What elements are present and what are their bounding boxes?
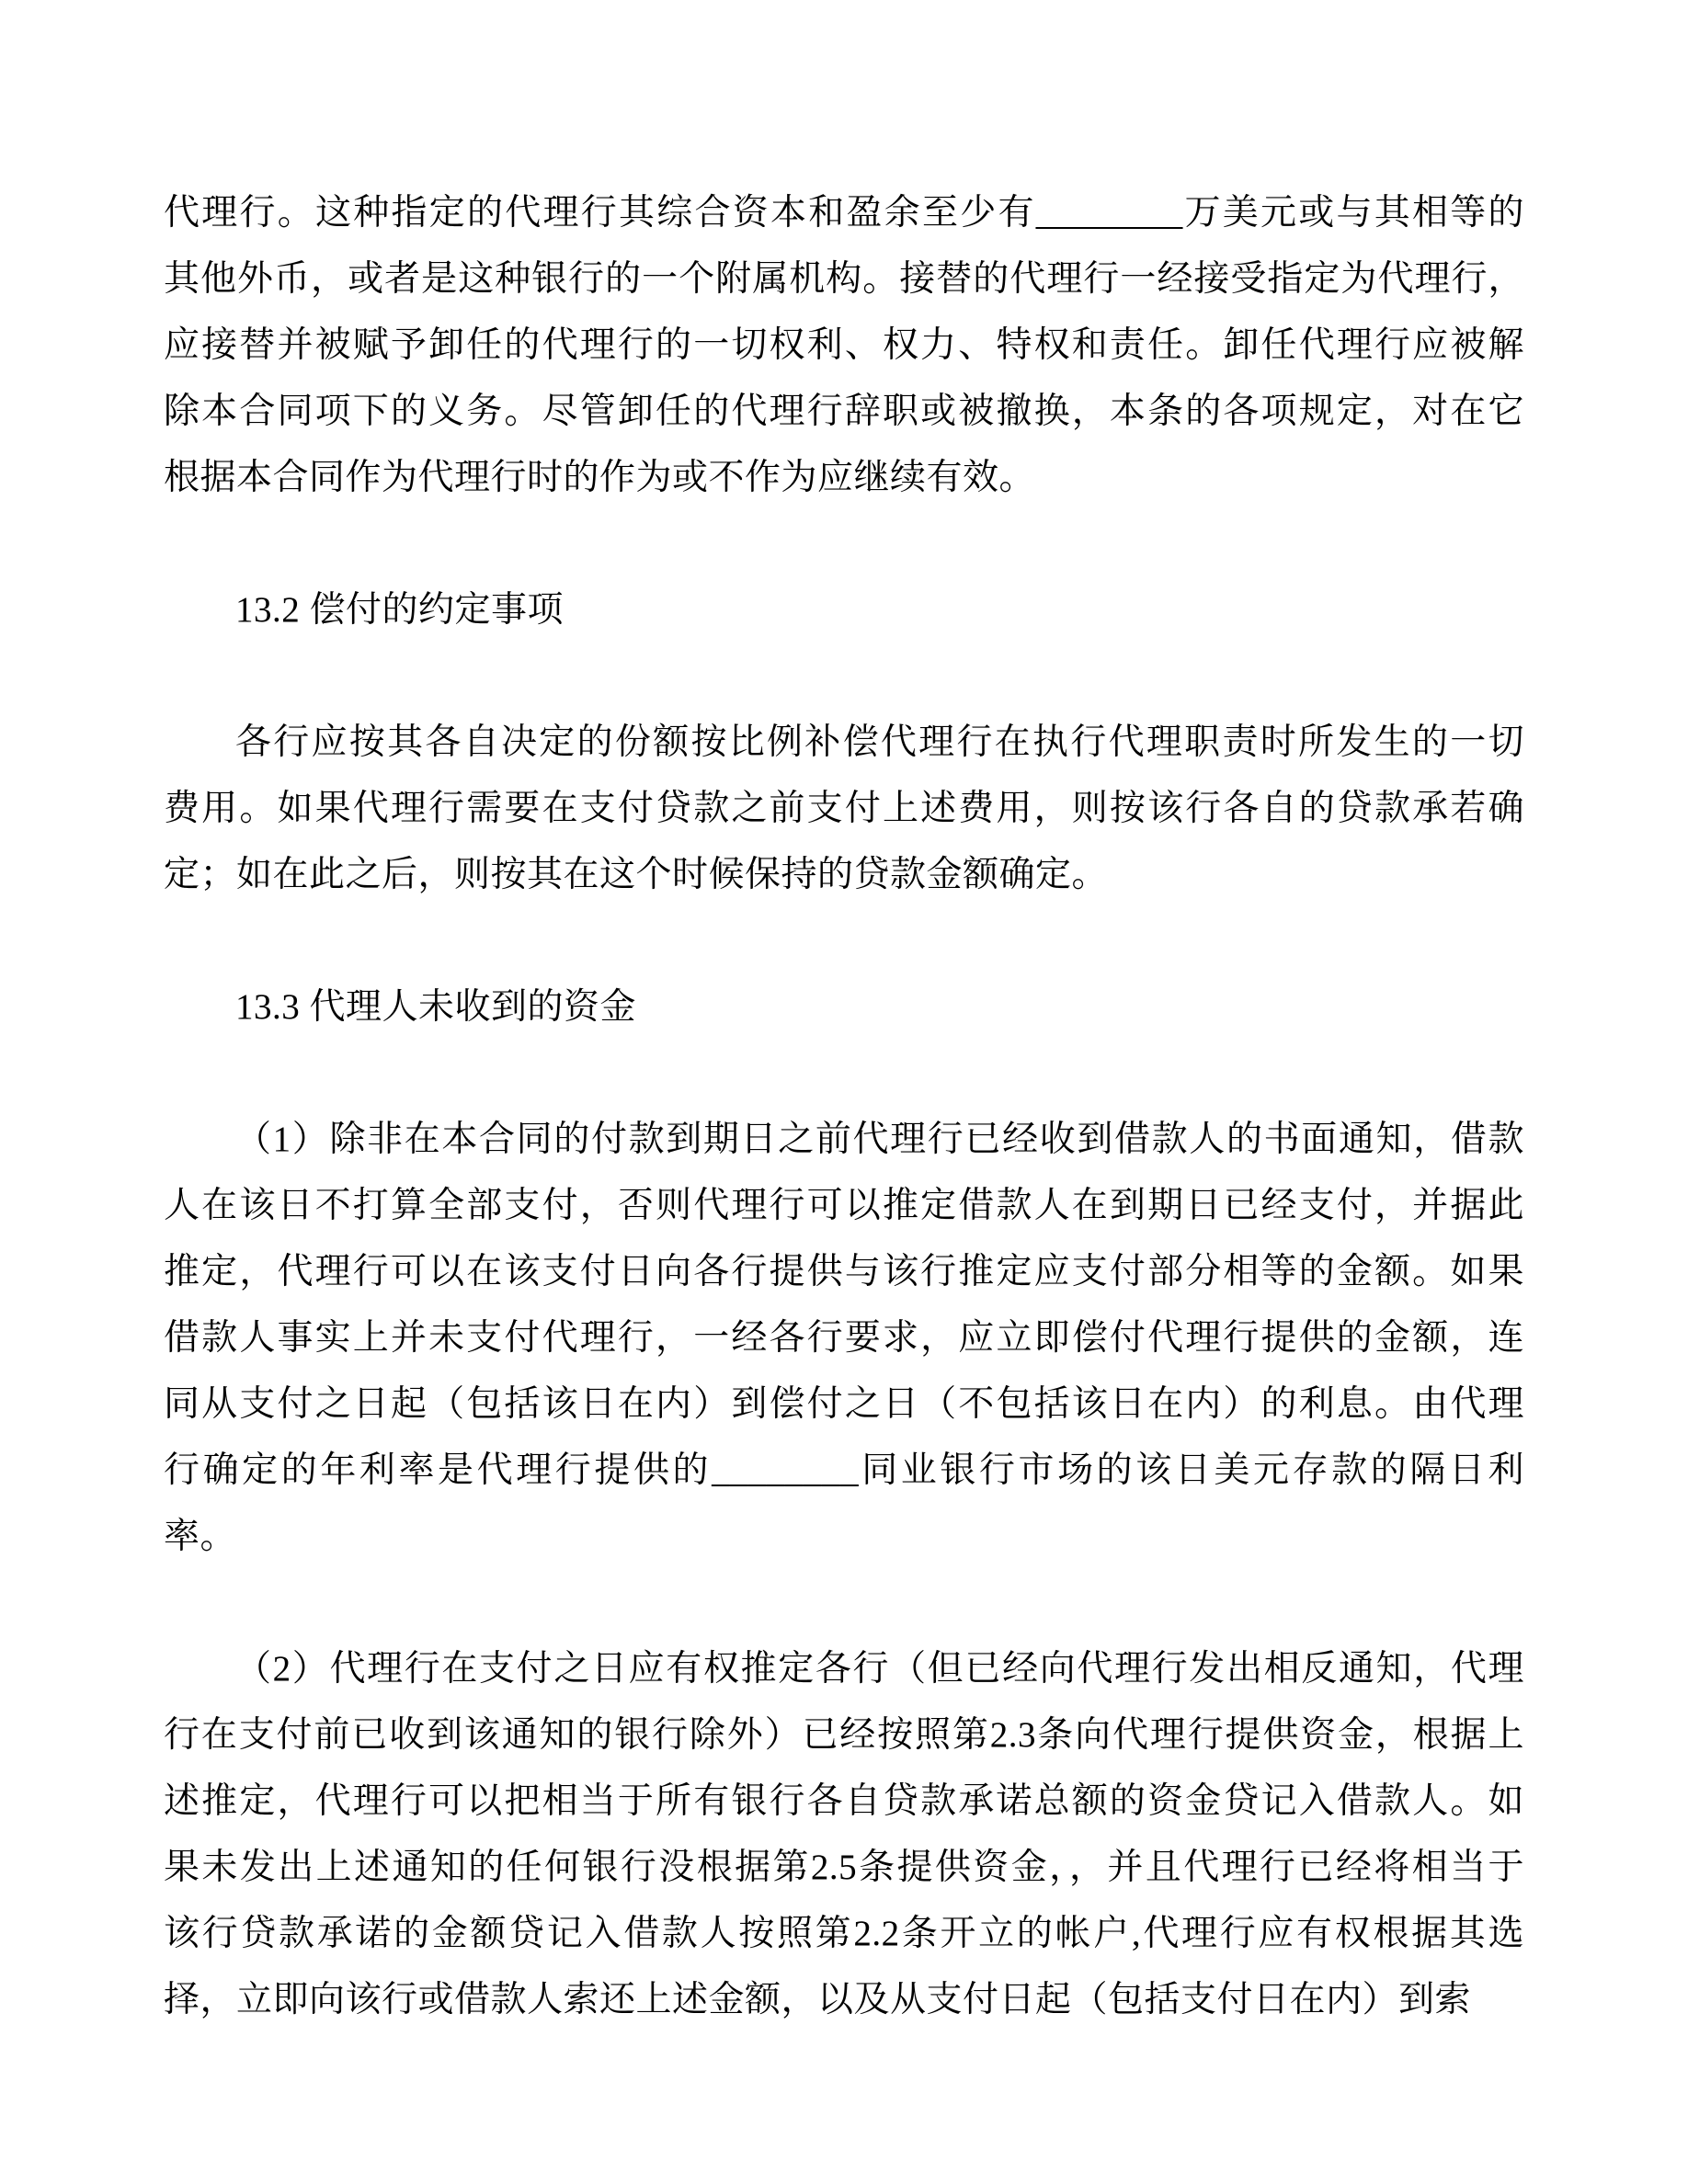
section-13-2: 13.2 偿付的约定事项: [164, 577, 1524, 643]
text-line: 述推定，代理行可以把相当于所有银行各自贷款承诺总额的资金贷记入借款人。如: [164, 1769, 1524, 1835]
document-page: 代理行。这种指定的代理行其综合资本和盈余至少有________万美元或与其相等的…: [0, 0, 1688, 2184]
text-line: 推定，代理行可以在该支付日向各行提供与该行推定应支付部分相等的金额。如果: [164, 1239, 1524, 1305]
text-line: 除本合同项下的义务。尽管卸任的代理行辞职或被撤换，本条的各项规定，对在它: [164, 379, 1524, 445]
text-line: 率。: [164, 1504, 1524, 1570]
text-line: 果未发出上述通知的任何银行没根据第2.5条提供资金，，并且代理行已经将相当于: [164, 1835, 1524, 1901]
text-line: 行在支付前已收到该通知的银行除外）已经按照第2.3条向代理行提供资金，根据上: [164, 1702, 1524, 1769]
text-line: 定；如在此之后，则按其在这个时候保持的贷款金额确定。: [164, 842, 1524, 908]
text-line: 代理行。这种指定的代理行其综合资本和盈余至少有________万美元或与其相等的: [164, 180, 1524, 246]
text-line: 各行应按其各自决定的份额按比例补偿代理行在执行代理职责时所发生的一切: [164, 710, 1524, 776]
text-line: 借款人事实上并未支付代理行，一经各行要求，应立即偿付代理行提供的金额，连: [164, 1305, 1524, 1371]
text-line: 该行贷款承诺的金额贷记入借款人按照第2.2条开立的帐户,代理行应有权根据其选: [164, 1901, 1524, 1967]
text-line: 根据本合同作为代理行时的作为或不作为应继续有效。: [164, 445, 1524, 511]
section-heading-13-2: 13.2 偿付的约定事项: [164, 577, 1524, 643]
text-line: 其他外币，或者是这种银行的一个附属机构。接替的代理行一经接受指定为代理行，: [164, 246, 1524, 313]
text-line: 择，立即向该行或借款人索还上述金额，以及从支付日起（包括支付日在内）到索: [164, 1967, 1524, 2033]
text-line: （2）代理行在支付之日应有权推定各行（但已经向代理行发出相反通知，代理: [164, 1636, 1524, 1702]
text-line: 同从支付之日起（包括该日在内）到偿付之日（不包括该日在内）的利息。由代理: [164, 1371, 1524, 1438]
text-line: 费用。如果代理行需要在支付贷款之前支付上述费用，则按该行各自的贷款承若确: [164, 776, 1524, 842]
text-line: 行确定的年利率是代理行提供的________同业银行市场的该日美元存款的隔日利: [164, 1438, 1524, 1504]
text-line: 人在该日不打算全部支付，否则代理行可以推定借款人在到期日已经支付，并据此: [164, 1173, 1524, 1239]
paragraph-funds-not-received-1: （1）除非在本合同的付款到期日之前代理行已经收到借款人的书面通知，借款 人在该日…: [164, 1107, 1524, 1570]
text-line: （1）除非在本合同的付款到期日之前代理行已经收到借款人的书面通知，借款: [164, 1107, 1524, 1173]
paragraph-funds-not-received-2: （2）代理行在支付之日应有权推定各行（但已经向代理行发出相反通知，代理 行在支付…: [164, 1636, 1524, 2033]
text-line: 应接替并被赋予卸任的代理行的一切权利、权力、特权和责任。卸任代理行应被解: [164, 313, 1524, 379]
paragraph-reimbursement: 各行应按其各自决定的份额按比例补偿代理行在执行代理职责时所发生的一切 费用。如果…: [164, 710, 1524, 908]
section-heading-13-3: 13.3 代理人未收到的资金: [164, 974, 1524, 1041]
section-13-3: 13.3 代理人未收到的资金: [164, 974, 1524, 1041]
paragraph-agent-succession: 代理行。这种指定的代理行其综合资本和盈余至少有________万美元或与其相等的…: [164, 180, 1524, 511]
